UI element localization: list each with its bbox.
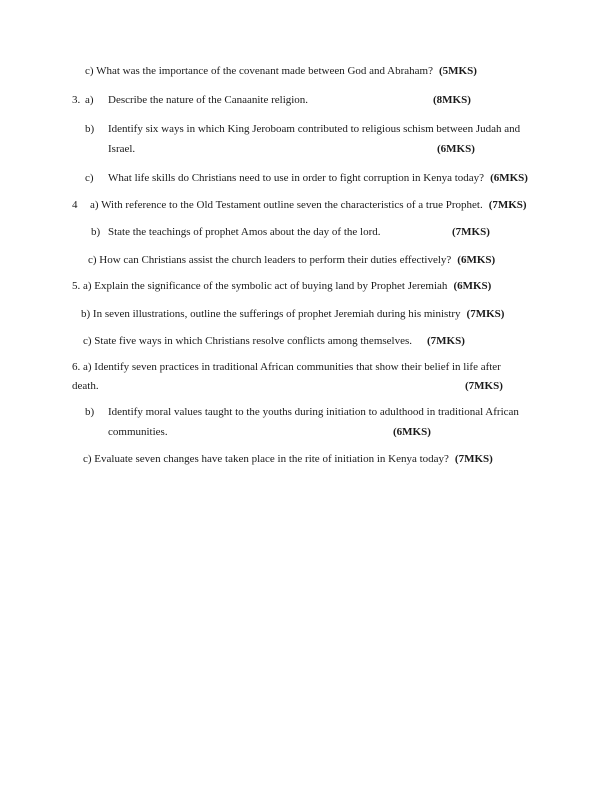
text-run: (7MKS) xyxy=(452,225,490,240)
text-run: (6MKS) xyxy=(437,142,475,157)
marks-label: (7MKS) xyxy=(489,199,527,211)
text-run: c) What was the importance of the covena… xyxy=(85,64,477,79)
question-line: 6. a) Identify seven practices in tradit… xyxy=(0,360,612,375)
question-text: State the teachings of prophet Amos abou… xyxy=(108,226,381,238)
text-run: (7MKS) xyxy=(465,379,503,394)
text-run: c) Evaluate seven changes have taken pla… xyxy=(83,452,493,467)
marks-label: (5MKS) xyxy=(439,65,477,77)
question-text: communities. xyxy=(108,426,168,438)
marks-label: (7MKS) xyxy=(465,380,503,392)
question-line: death.(7MKS) xyxy=(0,379,612,394)
question-line: 4a) With reference to the Old Testament … xyxy=(0,198,612,213)
question-text: b) xyxy=(85,406,94,418)
question-text: b) In seven illustrations, outline the s… xyxy=(81,308,461,320)
question-line: 3.a)Describe the nature of the Canaanite… xyxy=(0,93,612,108)
text-run: c) xyxy=(85,171,94,186)
question-text: 4 xyxy=(72,199,78,211)
text-run: 6. a) Identify seven practices in tradit… xyxy=(72,360,501,375)
marks-label: (8MKS) xyxy=(433,94,471,106)
question-line: b)Identify six ways in which King Jerobo… xyxy=(0,122,612,137)
marks-label: (7MKS) xyxy=(455,453,493,465)
document-page: c) What was the importance of the covena… xyxy=(0,0,612,792)
text-run: communities. xyxy=(108,425,168,440)
text-run: b) xyxy=(91,225,100,240)
text-run: Israel. xyxy=(108,142,135,157)
marks-label: (7MKS) xyxy=(467,308,505,320)
text-run: State the teachings of prophet Amos abou… xyxy=(108,225,381,240)
marks-label: (6MKS) xyxy=(393,426,431,438)
question-text: death. xyxy=(72,380,99,392)
text-run: (6MKS) xyxy=(393,425,431,440)
question-text: a) With reference to the Old Testament o… xyxy=(90,199,483,211)
question-line: Israel.(6MKS) xyxy=(0,142,612,157)
question-text: b) xyxy=(85,123,94,135)
text-run: c) How can Christians assist the church … xyxy=(88,253,495,268)
question-text: Identify six ways in which King Jeroboam… xyxy=(108,123,520,135)
question-text: Identify moral values taught to the yout… xyxy=(108,406,519,418)
question-line: c) Evaluate seven changes have taken pla… xyxy=(0,452,612,467)
text-run: 4 xyxy=(72,198,78,213)
text-run: What life skills do Christians need to u… xyxy=(108,171,528,186)
question-text: 5. a) Explain the significance of the sy… xyxy=(72,280,447,292)
marks-label: (7MKS) xyxy=(452,226,490,238)
question-text: What life skills do Christians need to u… xyxy=(108,172,484,184)
marks-label: (6MKS) xyxy=(457,254,495,266)
marks-label: (6MKS) xyxy=(453,280,491,292)
question-line: b)State the teachings of prophet Amos ab… xyxy=(0,225,612,240)
marks-label: (6MKS) xyxy=(437,143,475,155)
question-text: c) State five ways in which Christians r… xyxy=(83,335,412,347)
question-line: c) State five ways in which Christians r… xyxy=(0,334,612,349)
marks-label: (7MKS) xyxy=(427,335,465,347)
question-line: c)What life skills do Christians need to… xyxy=(0,171,612,186)
question-line: c) What was the importance of the covena… xyxy=(0,64,612,79)
question-text: c) How can Christians assist the church … xyxy=(88,254,451,266)
question-line: c) How can Christians assist the church … xyxy=(0,253,612,268)
text-run: a) With reference to the Old Testament o… xyxy=(90,198,527,213)
text-run: b) xyxy=(85,405,94,420)
question-line: b) In seven illustrations, outline the s… xyxy=(0,307,612,322)
text-run: death. xyxy=(72,379,99,394)
text-run: (7MKS) xyxy=(427,334,465,349)
text-run: Identify six ways in which King Jeroboam… xyxy=(108,122,520,137)
question-text: 6. a) Identify seven practices in tradit… xyxy=(72,361,501,373)
question-text: c) Evaluate seven changes have taken pla… xyxy=(83,453,449,465)
question-text: Describe the nature of the Canaanite rel… xyxy=(108,94,308,106)
question-text: c) xyxy=(85,172,94,184)
question-text: Israel. xyxy=(108,143,135,155)
marks-label: (6MKS) xyxy=(490,172,528,184)
text-run: (8MKS) xyxy=(433,93,471,108)
text-run: a) xyxy=(85,93,94,108)
question-text: c) What was the importance of the covena… xyxy=(85,65,433,77)
question-line: 5. a) Explain the significance of the sy… xyxy=(0,279,612,294)
question-text: 3. xyxy=(72,94,80,106)
text-run: 3. xyxy=(72,93,80,108)
text-run: Identify moral values taught to the yout… xyxy=(108,405,519,420)
text-run: b) In seven illustrations, outline the s… xyxy=(81,307,504,322)
question-text: a) xyxy=(85,94,94,106)
question-line: b)Identify moral values taught to the yo… xyxy=(0,405,612,420)
text-run: b) xyxy=(85,122,94,137)
text-run: c) State five ways in which Christians r… xyxy=(83,334,412,349)
question-text: b) xyxy=(91,226,100,238)
question-line: communities.(6MKS) xyxy=(0,425,612,440)
text-run: 5. a) Explain the significance of the sy… xyxy=(72,279,491,294)
text-run: Describe the nature of the Canaanite rel… xyxy=(108,93,308,108)
